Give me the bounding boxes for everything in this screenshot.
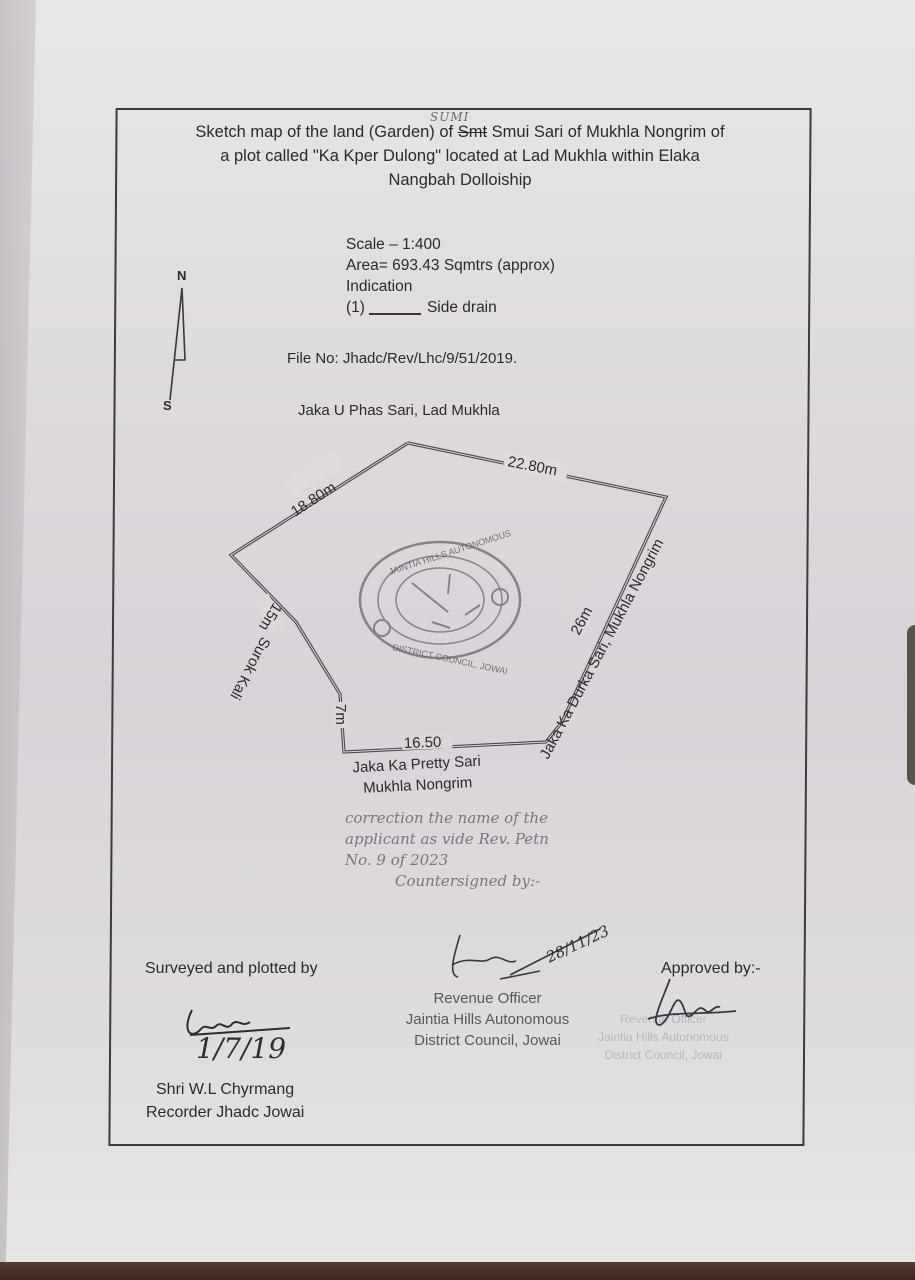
- approver-signature: [640, 975, 750, 1035]
- boundary-east-label: Jaka Ka Durka Sari, Mukhla Nongrim: [537, 536, 668, 762]
- surveyor-title: Recorder Jhadc Jowai: [146, 1101, 304, 1124]
- side-label-south: 16.50: [404, 734, 442, 752]
- boundary-west-label: Surok Kali: [226, 634, 273, 702]
- note-line-4: Countersigned by:-: [345, 871, 549, 892]
- surveyor-signature-date: 1/7/19: [196, 1032, 286, 1065]
- revenue-officer-org2: District Council, Jowai: [380, 1030, 595, 1051]
- note-line-2: applicant as vide Rev. Petn: [345, 829, 549, 850]
- note-line-3: No. 9 of 2023: [345, 850, 549, 871]
- surveyor-details: Shri W.L Chyrmang Recorder Jhadc Jowai: [146, 1078, 304, 1124]
- revenue-officer-block: Revenue Officer Jaintia Hills Autonomous…: [380, 988, 595, 1051]
- approved-stamp-line3: District Council, Jowai: [598, 1046, 729, 1064]
- handwritten-correction-note: correction the name of the applicant as …: [345, 808, 549, 892]
- side-label-north: 22.80m: [506, 453, 558, 479]
- map-drawing: JAINTIA HILLS AUTONOMOUS DISTRICT COUNCI…: [0, 0, 915, 1280]
- file-number: File No: Jhadc/Rev/Lhc/9/51/2019.: [287, 350, 517, 367]
- surveyed-by-label: Surveyed and plotted by: [145, 960, 318, 978]
- seal-top-text: JAINTIA HILLS AUTONOMOUS: [388, 528, 513, 577]
- note-line-1: correction the name of the: [345, 808, 549, 829]
- boundary-south-label: Jaka Ka Pretty Sari Mukhla Nongrim: [352, 751, 482, 800]
- revenue-officer-org1: Jaintia Hills Autonomous: [380, 1009, 595, 1030]
- side-label-southwest: 7m: [332, 704, 349, 725]
- surveyor-name: Shri W.L Chyrmang: [146, 1078, 304, 1101]
- boundary-north-label: Jaka U Phas Sari, Lad Mukhla: [298, 402, 500, 419]
- seal-bottom-text: DISTRICT COUNCIL, JOWAI: [392, 642, 509, 676]
- compass-arrow-icon: [170, 288, 185, 400]
- revenue-officer-title: Revenue Officer: [380, 988, 595, 1009]
